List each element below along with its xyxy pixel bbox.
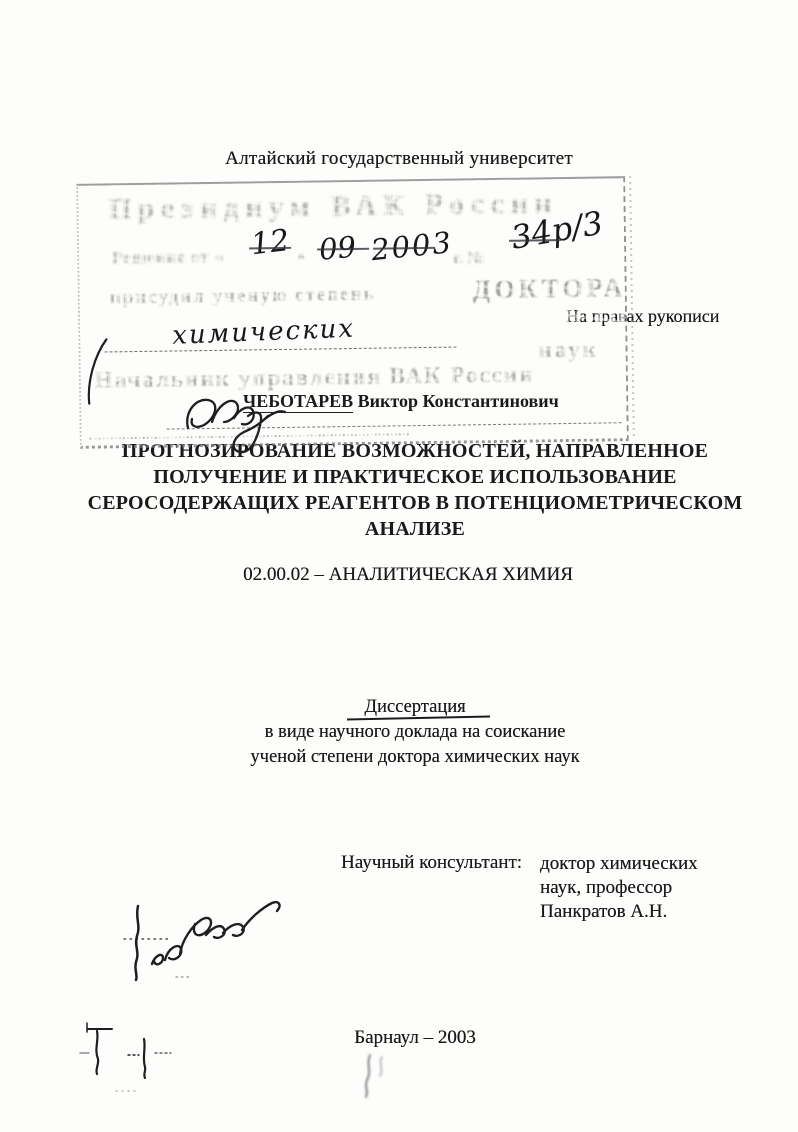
title-line-2: ПОЛУЧЕНИЕ И ПРАКТИЧЕСКОЕ ИСПОЛЬЗОВАНИЕ [32, 464, 798, 490]
registration-marks-icon [76, 1012, 186, 1102]
consultant-degree-line-1: доктор химических [540, 852, 698, 876]
stamp-degree-word: ДОКТОРА [472, 273, 626, 305]
author-given-names: Виктор Константинович [353, 391, 559, 411]
consultant-name: Панкратов А.Н. [540, 900, 698, 924]
stamp-official-line: Начальник управления ВАК России [95, 361, 535, 393]
scan-smudge [356, 1050, 400, 1102]
field-underline [104, 318, 456, 353]
consultant-degree-line-2: наук, профессор [540, 876, 698, 900]
dissertation-line-2: в виде научного доклада на соискание [32, 720, 798, 745]
dissertation-title: ПРОГНОЗИРОВАНИЕ ВОЗМОЖНОСТЕЙ, НАПРАВЛЕНН… [0, 438, 798, 542]
stamp-degree-prefix: присудил ученую степень [110, 284, 376, 310]
stamp-handwritten-day: 12 [249, 223, 291, 262]
consultant-label: Научный консультант: [341, 852, 522, 874]
title-line-3: СЕРОСОДЕРЖАЩИХ РЕАГЕНТОВ В ПОТЕНЦИОМЕТРИ… [32, 490, 798, 516]
author-signature-icon [122, 892, 292, 987]
stamp-field-suffix: наук [538, 337, 599, 364]
stamp-header-text: Президиум ВАК России [108, 187, 558, 226]
specialty-code: 02.00.02 – АНАЛИТИЧЕСКАЯ ХИМИЯ [0, 564, 798, 586]
stamp-number-prefix: г. № [453, 248, 485, 268]
official-signature-icon [182, 382, 297, 454]
stamp-quote-close: » [297, 247, 305, 265]
dissertation-type-block: Диссертация в виде научного доклада на с… [0, 695, 798, 770]
stamp-decision-prefix: Решение от « [112, 247, 225, 269]
date-month-underline [317, 248, 369, 251]
university-name: Алтайский государственный университет [0, 148, 798, 170]
consultant-details: доктор химических наук, профессор Панкра… [540, 852, 698, 924]
title-line-4: АНАЛИЗЕ [32, 516, 798, 542]
scanned-title-page: Алтайский государственный университет Пр… [0, 0, 798, 1132]
official-pen-stroke-icon [80, 333, 115, 407]
dissertation-line-3: ученой степени доктора химических наук [32, 745, 798, 770]
